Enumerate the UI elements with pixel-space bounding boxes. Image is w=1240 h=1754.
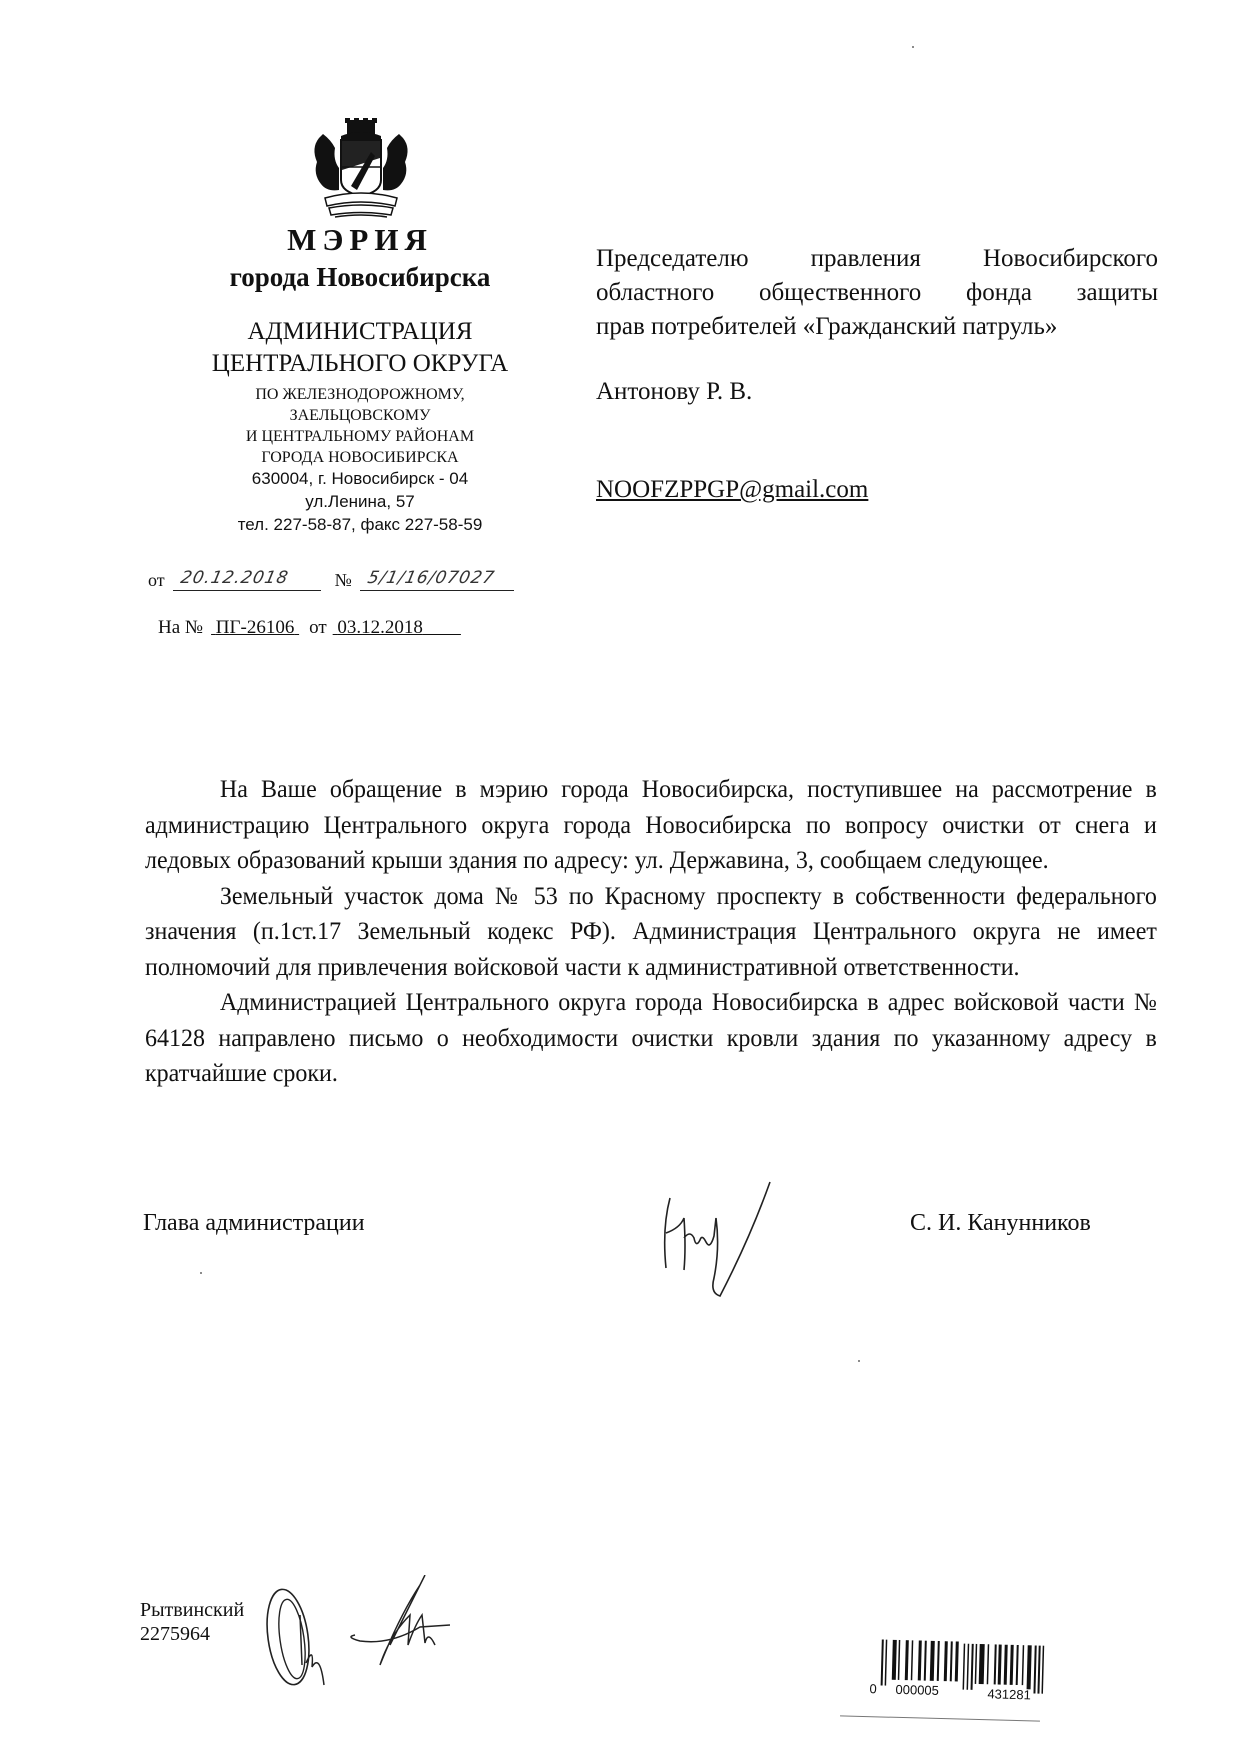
- barcode-digits-left: 000005: [895, 1682, 939, 1698]
- barcode: 0 000005 431281: [867, 1639, 1088, 1705]
- ref-number: ПГ-26106: [211, 617, 299, 639]
- district-line: ЗАЕЛЬЦОВСКОМУ: [150, 405, 570, 426]
- body-paragraph: Администрацией Центрального округа город…: [145, 985, 1157, 1092]
- number-label: №: [335, 570, 352, 591]
- scan-speck: [912, 46, 914, 48]
- ref-label: На №: [158, 617, 203, 639]
- signatory-role: Глава администрации: [143, 1210, 365, 1237]
- postal-address: 630004, г. Новосибирск - 04: [150, 468, 570, 490]
- initials-scribble-icon: [250, 1575, 480, 1705]
- addressee-line: прав потребителей «Гражданский патруль»: [596, 310, 1158, 344]
- admin-title-line1: АДМИНИСТРАЦИЯ: [150, 318, 570, 346]
- district-line: И ЦЕНТРАЛЬНОМУ РАЙОНАМ: [150, 426, 570, 447]
- registration-row: от 20.12.2018 № 5/1/16/07027: [148, 566, 514, 591]
- letter-body: На Ваше обращение в мэрию города Новосиб…: [145, 772, 1157, 1092]
- ref-number-value: ПГ-26106: [216, 617, 295, 638]
- number-value: 5/1/16/07027: [366, 568, 497, 588]
- district-line: ПО ЖЕЛЕЗНОДОРОЖНОМУ,: [150, 384, 570, 405]
- divider: [840, 1715, 1040, 1721]
- admin-title-line2: ЦЕНТРАЛЬНОГО ОКРУГА: [150, 350, 570, 378]
- street-address: ул.Ленина, 57: [150, 491, 570, 513]
- date-value: 20.12.2018: [179, 568, 291, 588]
- addressee-name: Антонову Р. В.: [596, 378, 752, 406]
- date-label: от: [148, 570, 165, 591]
- addressee-line: областного общественного фонда защиты: [596, 276, 1158, 310]
- body-paragraph: Земельный участок дома № 53 по Красному …: [145, 879, 1157, 986]
- reference-row: На № ПГ-26106 от 03.12.2018: [158, 617, 461, 639]
- ref-date: 03.12.2018: [333, 617, 461, 639]
- ref-date-label: от: [309, 617, 327, 639]
- signature-icon: [640, 1178, 800, 1303]
- district-line: ГОРОДА НОВОСИБИРСКА: [150, 447, 570, 468]
- phone-fax: тел. 227-58-87, факс 227-58-59: [150, 514, 570, 536]
- body-paragraph: На Ваше обращение в мэрию города Новосиб…: [145, 772, 1157, 879]
- number-field: 5/1/16/07027: [360, 566, 514, 591]
- date-field: 20.12.2018: [173, 566, 321, 591]
- scan-speck: [858, 1360, 860, 1362]
- ref-date-value: 03.12.2018: [337, 617, 423, 638]
- addressee-block: Председателю правления Новосибирского об…: [596, 242, 1158, 344]
- executor-name: Рытвинский: [140, 1598, 244, 1623]
- addressee-email-link[interactable]: NOOFZPPGP@gmail.com: [596, 476, 868, 504]
- coat-of-arms-icon: [305, 118, 417, 223]
- barcode-digit-lead: 0: [869, 1681, 877, 1696]
- scan-speck: [200, 1272, 202, 1274]
- barcode-digits-right: 431281: [987, 1686, 1031, 1702]
- executor-phone: 2275964: [140, 1623, 210, 1646]
- city-title: города Новосибирска: [150, 262, 570, 293]
- addressee-line: Председателю правления Новосибирского: [596, 242, 1158, 276]
- mayor-office-title: МЭРИЯ: [150, 222, 570, 258]
- signatory-name: С. И. Канунников: [910, 1210, 1091, 1237]
